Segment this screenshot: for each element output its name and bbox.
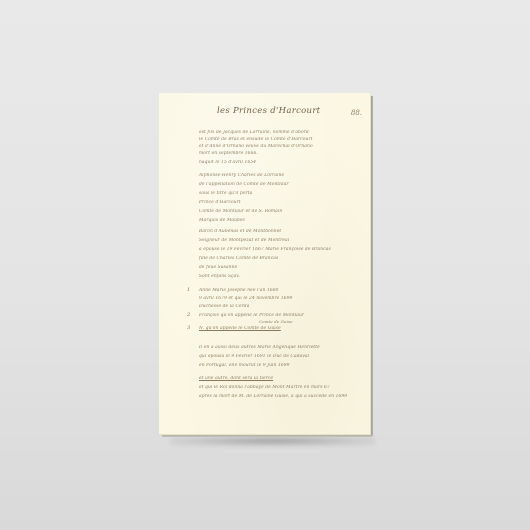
manuscript-line: Baron d'Aubenas et de Montbonnet (199, 229, 281, 234)
manuscript-title: les Princes d'Harcourt (217, 106, 320, 116)
manuscript-line: Prince d'Harcourt (199, 200, 241, 205)
manuscript-line: Duchesse de la Cerda (199, 304, 249, 309)
manuscript-line: François qu'on appelle le Prince de Mont… (199, 313, 304, 318)
manuscript-line: et d'Anne d'Ornano veuve du Maréchal d'O… (199, 144, 313, 149)
product-photo-scene: les Princes d'Harcourt 88. est fils de J… (0, 0, 530, 530)
manuscript-line: Seigneur de Montpezat et de Montreal (199, 238, 289, 243)
manuscript-line: naquit le 15 d'avril 1654 (199, 160, 256, 165)
manuscript-line: Alphonse-Henry Charles de Lorraine (199, 173, 284, 178)
canvas-shadow (170, 436, 375, 446)
canvas-bottom-edge (162, 434, 372, 437)
manuscript-line: N. qu'on appelle le Comte de Guise (199, 326, 281, 331)
page-number: 88. (351, 109, 362, 117)
manuscript-line: 9 avril 1679 et qui le 24 novembre 1699 (199, 296, 292, 301)
manuscript-line: qui épousa le 9 Février 1691 le Duc de C… (199, 354, 309, 359)
manuscript-page: les Princes d'Harcourt 88. est fils de J… (159, 93, 370, 434)
manuscript-line: sous le titre qu'il porta (199, 191, 252, 196)
list-marker: 3 (187, 325, 190, 331)
manuscript-line: Comte de Montlaur et de S. Romain (199, 209, 282, 214)
canvas-print: les Princes d'Harcourt 88. est fils de J… (159, 93, 370, 434)
manuscript-line: le Comte de Bras et ensuite le Comte d'H… (199, 137, 313, 142)
manuscript-line: Marquis de Maubec (199, 218, 245, 223)
inserted-annotation: Comte de Guise (259, 319, 293, 324)
manuscript-line: Il en a aussi deux autres Marie Angéliqu… (199, 345, 320, 350)
manuscript-line: de l'appellation de Comte de Montlaur (199, 182, 289, 187)
list-marker: 1 (187, 287, 190, 293)
manuscript-line: de feue Susanne (199, 265, 237, 270)
manuscript-line: et une autre, dont sera la tierce (199, 376, 273, 381)
manuscript-line: fille de Charles Comte de Brancas (199, 256, 278, 261)
manuscript-line: est fils de Jacques de Lorraine, nommé d… (199, 130, 309, 135)
manuscript-line: et qui le Roi donna l'abbaye de Mont-Mar… (199, 385, 330, 390)
manuscript-line: après la mort de M. de Lorraine Guise, a… (199, 394, 347, 399)
manuscript-line: mort en septembre 1666. (199, 151, 258, 156)
manuscript-line: en Portugal, elle mourut le 9 Juin 1699 (199, 363, 290, 368)
manuscript-line: Anne Marie Josèphe née l'an 1680 (199, 288, 279, 293)
list-marker: 2 (187, 312, 190, 318)
manuscript-line: a épousé le 19 Février 1667 Marie Franço… (199, 247, 331, 252)
manuscript-line: Sont enfans Sçav. (199, 274, 240, 279)
